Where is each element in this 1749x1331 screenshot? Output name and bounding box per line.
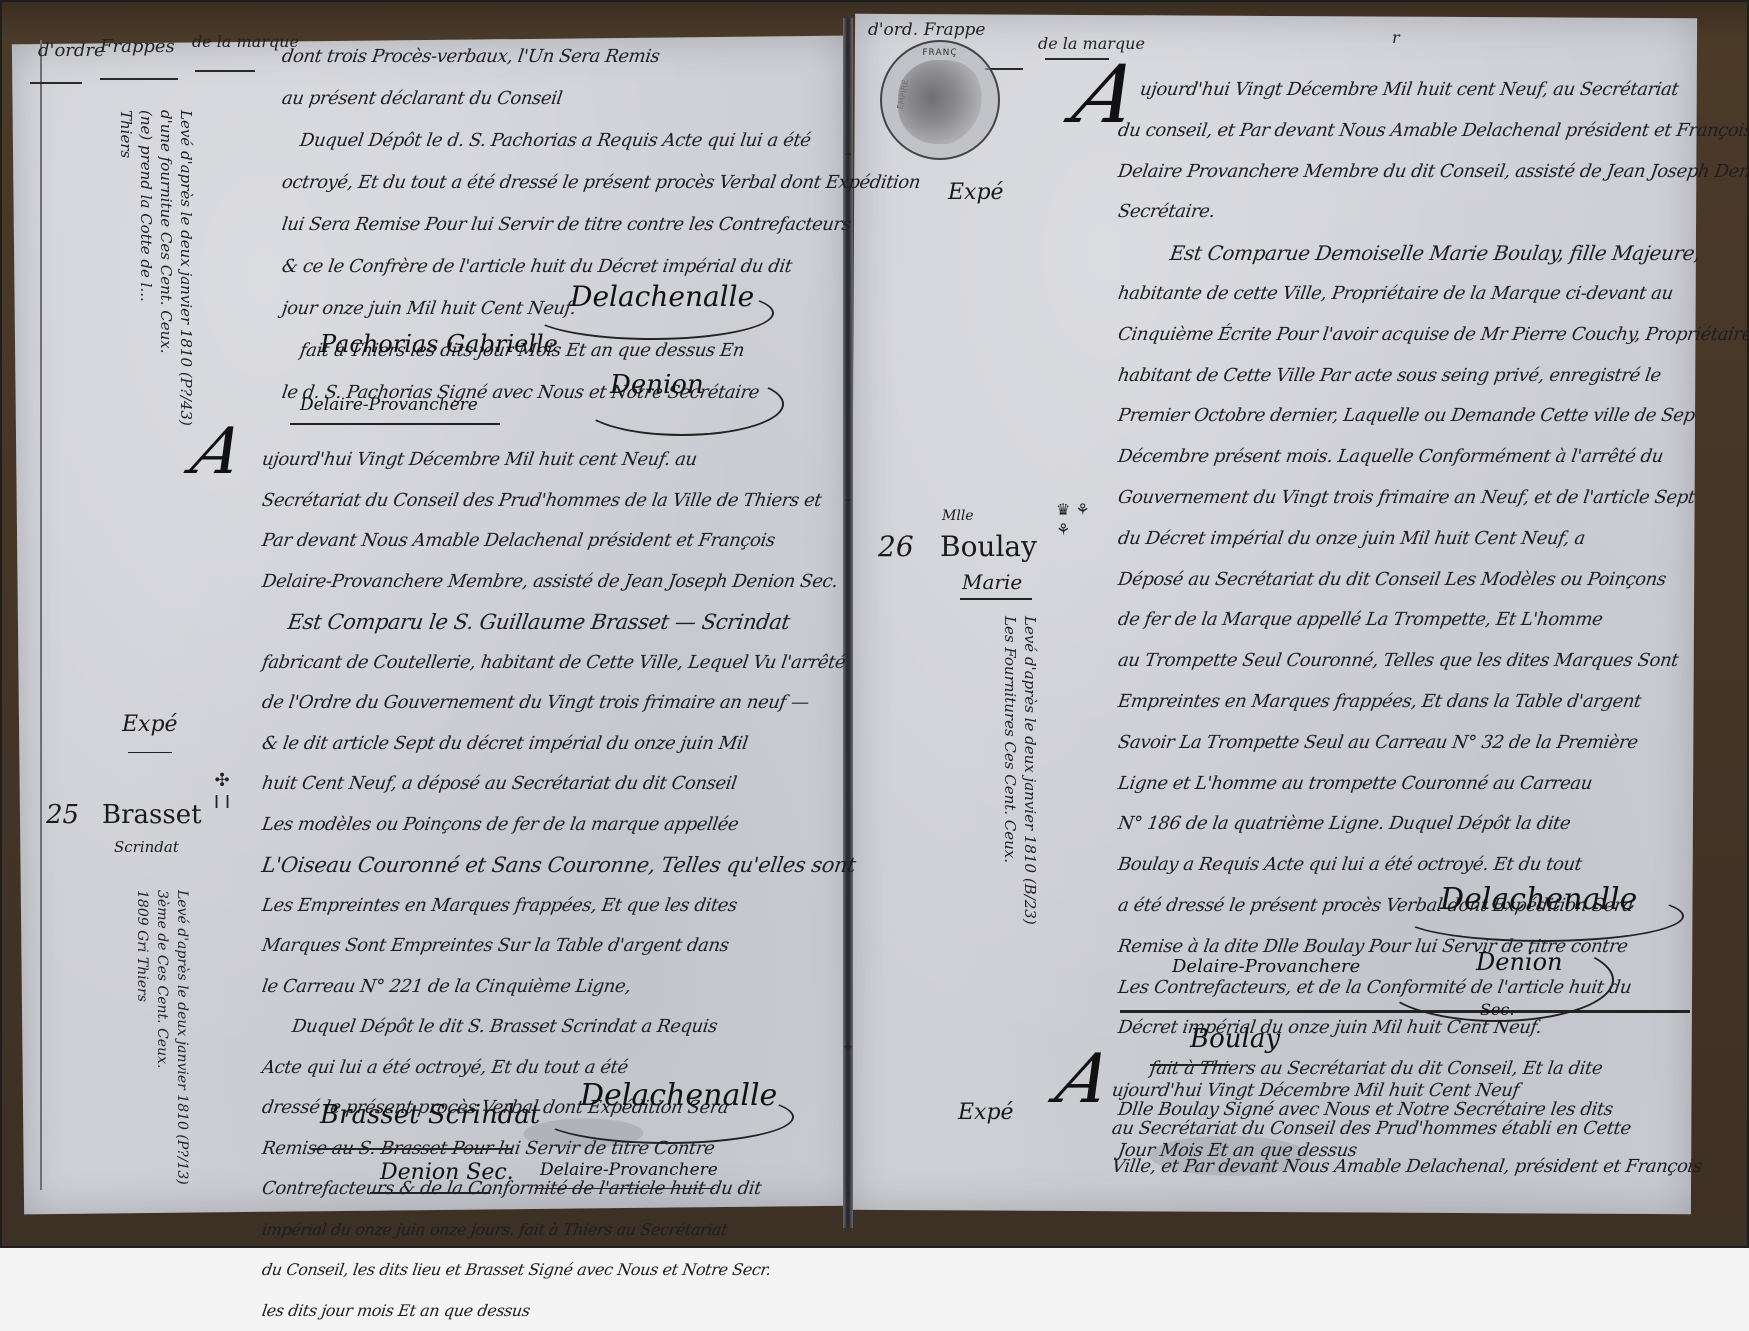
entry-bottom-text: ujourd'hui Vingt Décembre Mil huit Cent …: [1112, 1072, 1702, 1186]
header-order: d'ordre: [38, 40, 105, 61]
signature-underline: [1150, 1064, 1230, 1066]
header-rule: [195, 70, 255, 72]
trademark-bird-icon: ✣ I I: [212, 770, 232, 814]
folio-mark: r: [1392, 28, 1400, 47]
signature-pachorias: Pachorias Gabrielle: [320, 330, 558, 358]
header-rule: [30, 82, 82, 84]
margin-label-expe: Expé: [958, 1100, 1014, 1125]
entry-occupation: Scrindat: [114, 838, 179, 856]
margin-rule: [40, 40, 42, 1190]
stamp-seal-icon: FRANÇ EMPIRE: [880, 40, 1000, 160]
margin-note-vertical: Levé d'après le deux janvier 1810 (P?/43…: [116, 110, 196, 426]
signature-underline: [312, 1148, 512, 1150]
entry-number: 25: [46, 800, 79, 830]
entry-name: Boulay: [940, 530, 1037, 563]
margin-note-vertical: Levé d'après le deux janvier 1810 (B/23)…: [1000, 616, 1040, 925]
signature-flourish: [580, 372, 784, 436]
header-rule: [100, 78, 178, 80]
signature-flourish: [1400, 890, 1684, 942]
signature-underline: [370, 1192, 490, 1194]
signature-underline: [1120, 1010, 1690, 1013]
signature-underline: [290, 423, 500, 425]
header-order: d'ord. Frappe: [868, 20, 986, 40]
signature-denion: Denion Sec.: [380, 1160, 514, 1185]
entry-number: 26: [878, 530, 914, 563]
seal-figure: [898, 60, 984, 144]
signature-boulay: Boulay: [1190, 1024, 1280, 1054]
signature-flourish: [1380, 938, 1614, 1022]
margin-underline: [960, 598, 1032, 600]
signature-flourish: [540, 1090, 794, 1144]
entry-first-name: Marie: [962, 570, 1022, 594]
margin-note-vertical: Levé d'après le deux janvier 1810 (P?/13…: [132, 890, 192, 1185]
margin-label-expe: Expé: [122, 712, 178, 737]
margin-underline: [128, 752, 172, 753]
signature-delaire: Delaire-Provanchere: [1172, 956, 1360, 977]
signature-flourish: [530, 286, 774, 340]
signature-delaire: Delaire-Provanchere: [540, 1160, 718, 1180]
signature-delaire: Delaire-Provanchere: [300, 395, 478, 415]
header-frappes: Frappes: [100, 36, 175, 57]
title-prefix: Mlle: [942, 508, 974, 524]
signature-brasset: Brasset Scrindat: [320, 1100, 540, 1130]
margin-label-expe: Expé: [948, 180, 1004, 205]
signature-underline: [535, 1188, 715, 1189]
entry-name: Brasset: [102, 800, 202, 830]
trademark-trumpet-icon: ♛ ⚘ ⚘: [1056, 500, 1096, 540]
